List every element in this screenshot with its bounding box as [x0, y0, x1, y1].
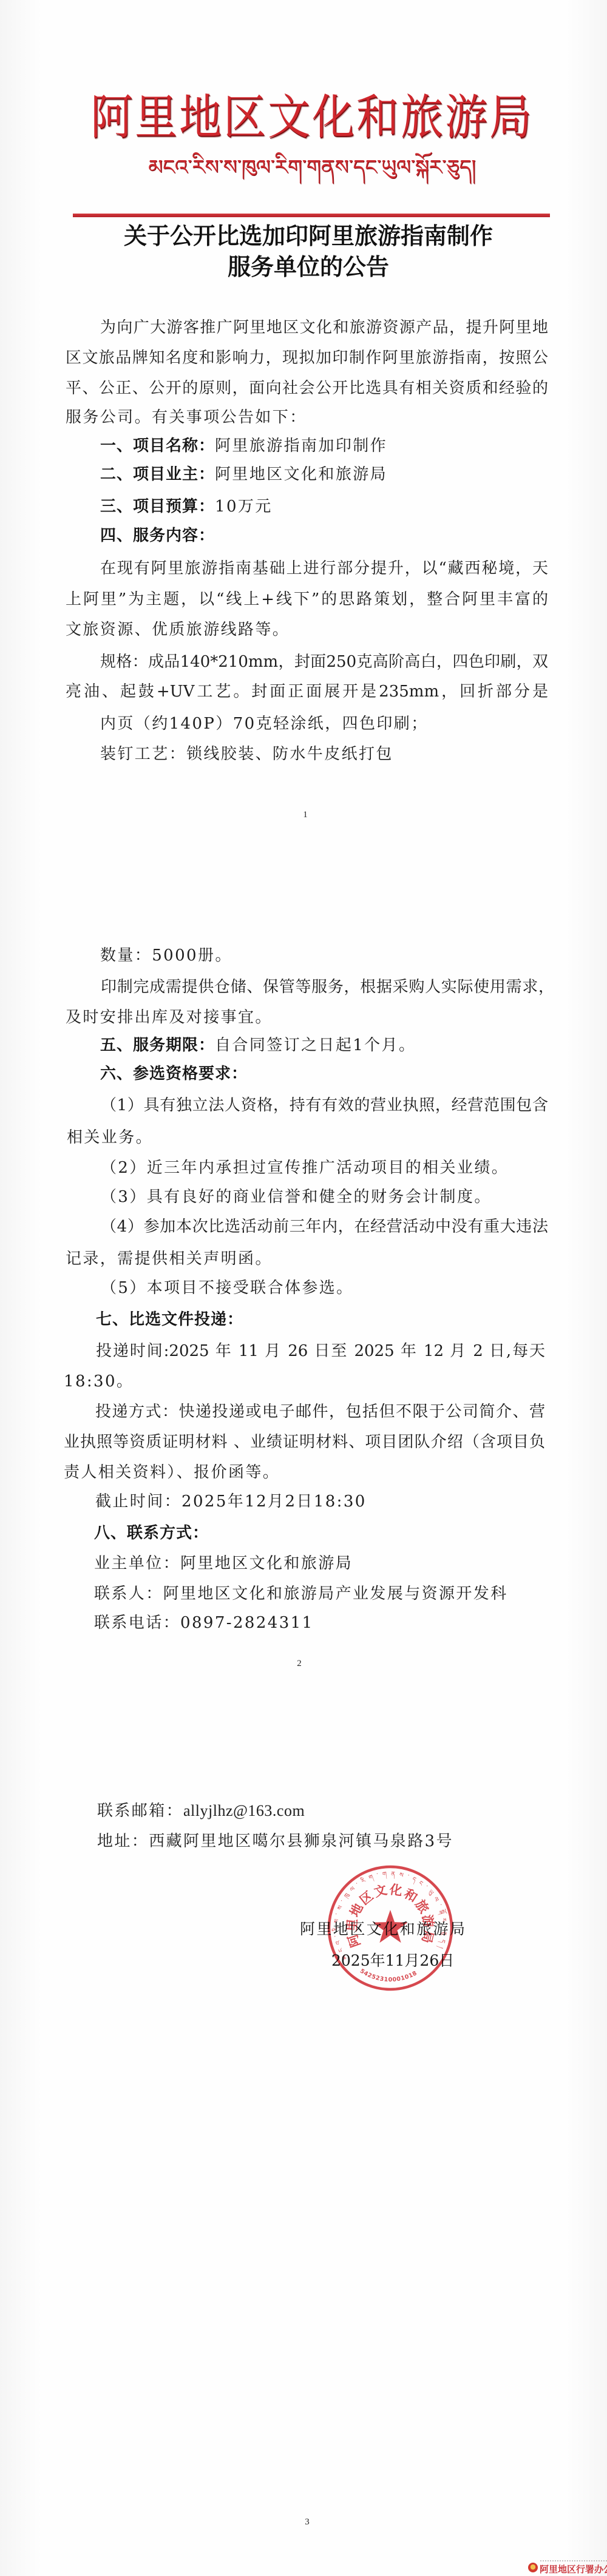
letterhead-red-rule: [73, 214, 550, 217]
watermark-tibetan-line: [540, 2560, 607, 2563]
seal-code: 54252310001018: [359, 1967, 418, 1983]
section-contact: 八、联系方式：: [94, 1522, 209, 1544]
paragraph-line: 数量：5000册。: [100, 945, 232, 966]
scan-edge-shadow: [565, 0, 607, 2576]
section-value: 自合同签订之日起1个月。: [215, 1036, 416, 1054]
section-project-owner: 二、项目业主：阿里地区文化和旅游局: [100, 464, 387, 485]
requirement-line: 记录，需提供相关声明函。: [66, 1248, 273, 1270]
field-label: 联系电话：: [94, 1614, 180, 1632]
field-value: 阿里地区文化和旅游局: [180, 1554, 353, 1573]
paragraph-line: 亮油、起鼓+UV工艺。封面正面展开是235mm，回折部分是95mm；: [66, 681, 548, 703]
contact-phone: 联系电话：0897-2824311: [94, 1612, 314, 1634]
paragraph-line: 责人相关资料）、报价函等。: [64, 1462, 280, 1483]
section-heading: 七、比选文件投递：: [96, 1310, 243, 1329]
paragraph-line: 及时安排出库及对接事宜。: [66, 1006, 273, 1028]
section-project-budget: 三、项目预算：10万元: [100, 496, 273, 518]
section-heading: 五、服务期限：: [100, 1036, 215, 1054]
paragraph-line: 印制完成需提供仓储、保管等服务，根据采购人实际使用需求，: [101, 976, 554, 998]
scan-edge-shadow: [0, 0, 42, 2576]
contact-person: 联系人：阿里地区文化和旅游局产业发展与资源开发科: [94, 1583, 508, 1605]
field-value: 阿里地区文化和旅游局产业发展与资源开发科: [163, 1585, 508, 1603]
paragraph-line: 内页（约140P）70克轻涂纸，四色印刷；: [100, 713, 429, 735]
section-heading: 二、项目业主：: [100, 465, 215, 484]
paragraph-line: 投递时间:2025 年 11 月 26 日至 2025 年 12 月 2 日,每…: [96, 1340, 545, 1362]
notice-title-line-2: 服务单位的公告: [91, 253, 526, 281]
section-heading: 六、参选资格要求：: [100, 1065, 248, 1083]
seal-star-icon: [373, 1910, 407, 1943]
section-value: 10万元: [215, 497, 273, 516]
field-label: 联系人：: [94, 1585, 163, 1603]
section-service-content: 四、服务内容：: [100, 525, 215, 547]
requirement-line: （3）具有良好的商业信誉和健全的财务会计制度。: [101, 1186, 492, 1208]
requirement-line: 相关业务。: [67, 1127, 153, 1148]
paragraph-line: 文旅资源、优质旅游线路等。: [66, 619, 290, 641]
field-value: 0897-2824311: [180, 1614, 314, 1632]
intro-line: 服务公司。有关事项公告如下：: [66, 406, 307, 428]
source-watermark: 阿里地区行署办公室: [527, 2558, 607, 2576]
requirement-line: （4）参加本次比选活动前三年内，在经营活动中没有重大违法: [101, 1216, 548, 1238]
field-value: 西藏阿里地区噶尔县狮泉河镇马泉路3号: [149, 1832, 453, 1850]
contact-owner-unit: 业主单位：阿里地区文化和旅游局: [94, 1553, 353, 1574]
paragraph-line: 上阿里”为主题，以“线上+线下”的思路策划，整合阿里丰富的: [66, 588, 548, 610]
field-label: 联系邮箱：: [97, 1802, 183, 1820]
paragraph-line: 18:30。: [64, 1371, 134, 1392]
letterhead-agency-name: 阿里地区文化和旅游局: [90, 88, 534, 146]
paragraph-line: 规格：成品140*210mm，封面250克高阶高白，四色印刷，双面: [100, 651, 548, 673]
intro-line: 为向广大游客推广阿里地区文化和旅游资源产品，提升阿里地: [100, 317, 548, 339]
section-value: 阿里地区文化和旅游局: [215, 465, 387, 484]
paragraph-line: 装钉工艺：锁线胶装、防水牛皮纸打包: [100, 743, 393, 765]
intro-line: 区文旅品牌知名度和影响力，现拟加印制作阿里旅游指南，按照公: [66, 347, 548, 369]
section-heading: 四、服务内容：: [100, 527, 215, 545]
paragraph-line: 业执照等资质证明材料 、业绩证明材料、项目团队介绍（含项目负: [64, 1431, 545, 1453]
page-number: 1: [299, 809, 311, 821]
document-page: 阿里地区文化和旅游局 མངའ་རིས་ས་ཁུལ་རིག་གནས་དང་ཡུལ་…: [0, 0, 607, 2576]
section-heading: 八、联系方式：: [94, 1524, 209, 1542]
requirement-line: （5）本项目不接受联合体参选。: [101, 1277, 354, 1299]
notice-title-line-1: 关于公开比选加印阿里旅游指南制作: [91, 222, 526, 250]
field-value: allyjlhz@163.com: [183, 1802, 305, 1819]
section-value: 阿里旅游指南加印制作: [215, 437, 387, 455]
section-project-name: 一、项目名称：阿里旅游指南加印制作: [100, 435, 387, 457]
page-number: 3: [301, 2516, 313, 2528]
paragraph-line: 在现有阿里旅游指南基础上进行部分提升，以“藏西秘境，天: [100, 558, 548, 579]
contact-address: 地址：西藏阿里地区噶尔县狮泉河镇马泉路3号: [97, 1830, 453, 1852]
section-service-period: 五、服务期限：自合同签订之日起1个月。: [100, 1034, 416, 1056]
letterhead-agency-name-tibetan: མངའ་རིས་ས་ཁུལ་རིག་གནས་དང་ཡུལ་སྐོར་ཅུད།: [90, 152, 534, 183]
requirement-line: （2）近三年内承担过宣传推广活动项目的相关业绩。: [101, 1157, 509, 1179]
section-submission: 七、比选文件投递：: [96, 1309, 243, 1330]
section-heading: 三、项目预算：: [100, 497, 215, 516]
national-emblem-icon: [528, 2563, 538, 2572]
paragraph-line: 截止时间：2025年12月2日18:30: [95, 1491, 367, 1512]
field-label: 业主单位：: [94, 1554, 180, 1573]
contact-email: 联系邮箱：allyjlhz@163.com: [97, 1800, 305, 1822]
field-label: 地址：: [97, 1832, 149, 1850]
watermark-text: 阿里地区行署办公室: [540, 2563, 607, 2575]
official-seal-icon: མངའ་རིས་ས་ཁུལ་རིག་གནས་དང་ཡུལ་སྐོར་ཅུད། 阿…: [324, 1861, 457, 1995]
paragraph-line: 投递方式：快递投递或电子邮件，包括但不限于公司简介、营: [95, 1401, 545, 1423]
section-heading: 一、项目名称：: [100, 437, 215, 455]
section-eligibility: 六、参选资格要求：: [100, 1063, 248, 1085]
page-number: 2: [293, 1657, 305, 1670]
requirement-line: （1）具有独立法人资格，持有有效的营业执照，经营范围包含: [101, 1094, 548, 1116]
intro-line: 平、公正、公开的原则，面向社会公开比选具有相关资质和经验的: [66, 377, 548, 399]
